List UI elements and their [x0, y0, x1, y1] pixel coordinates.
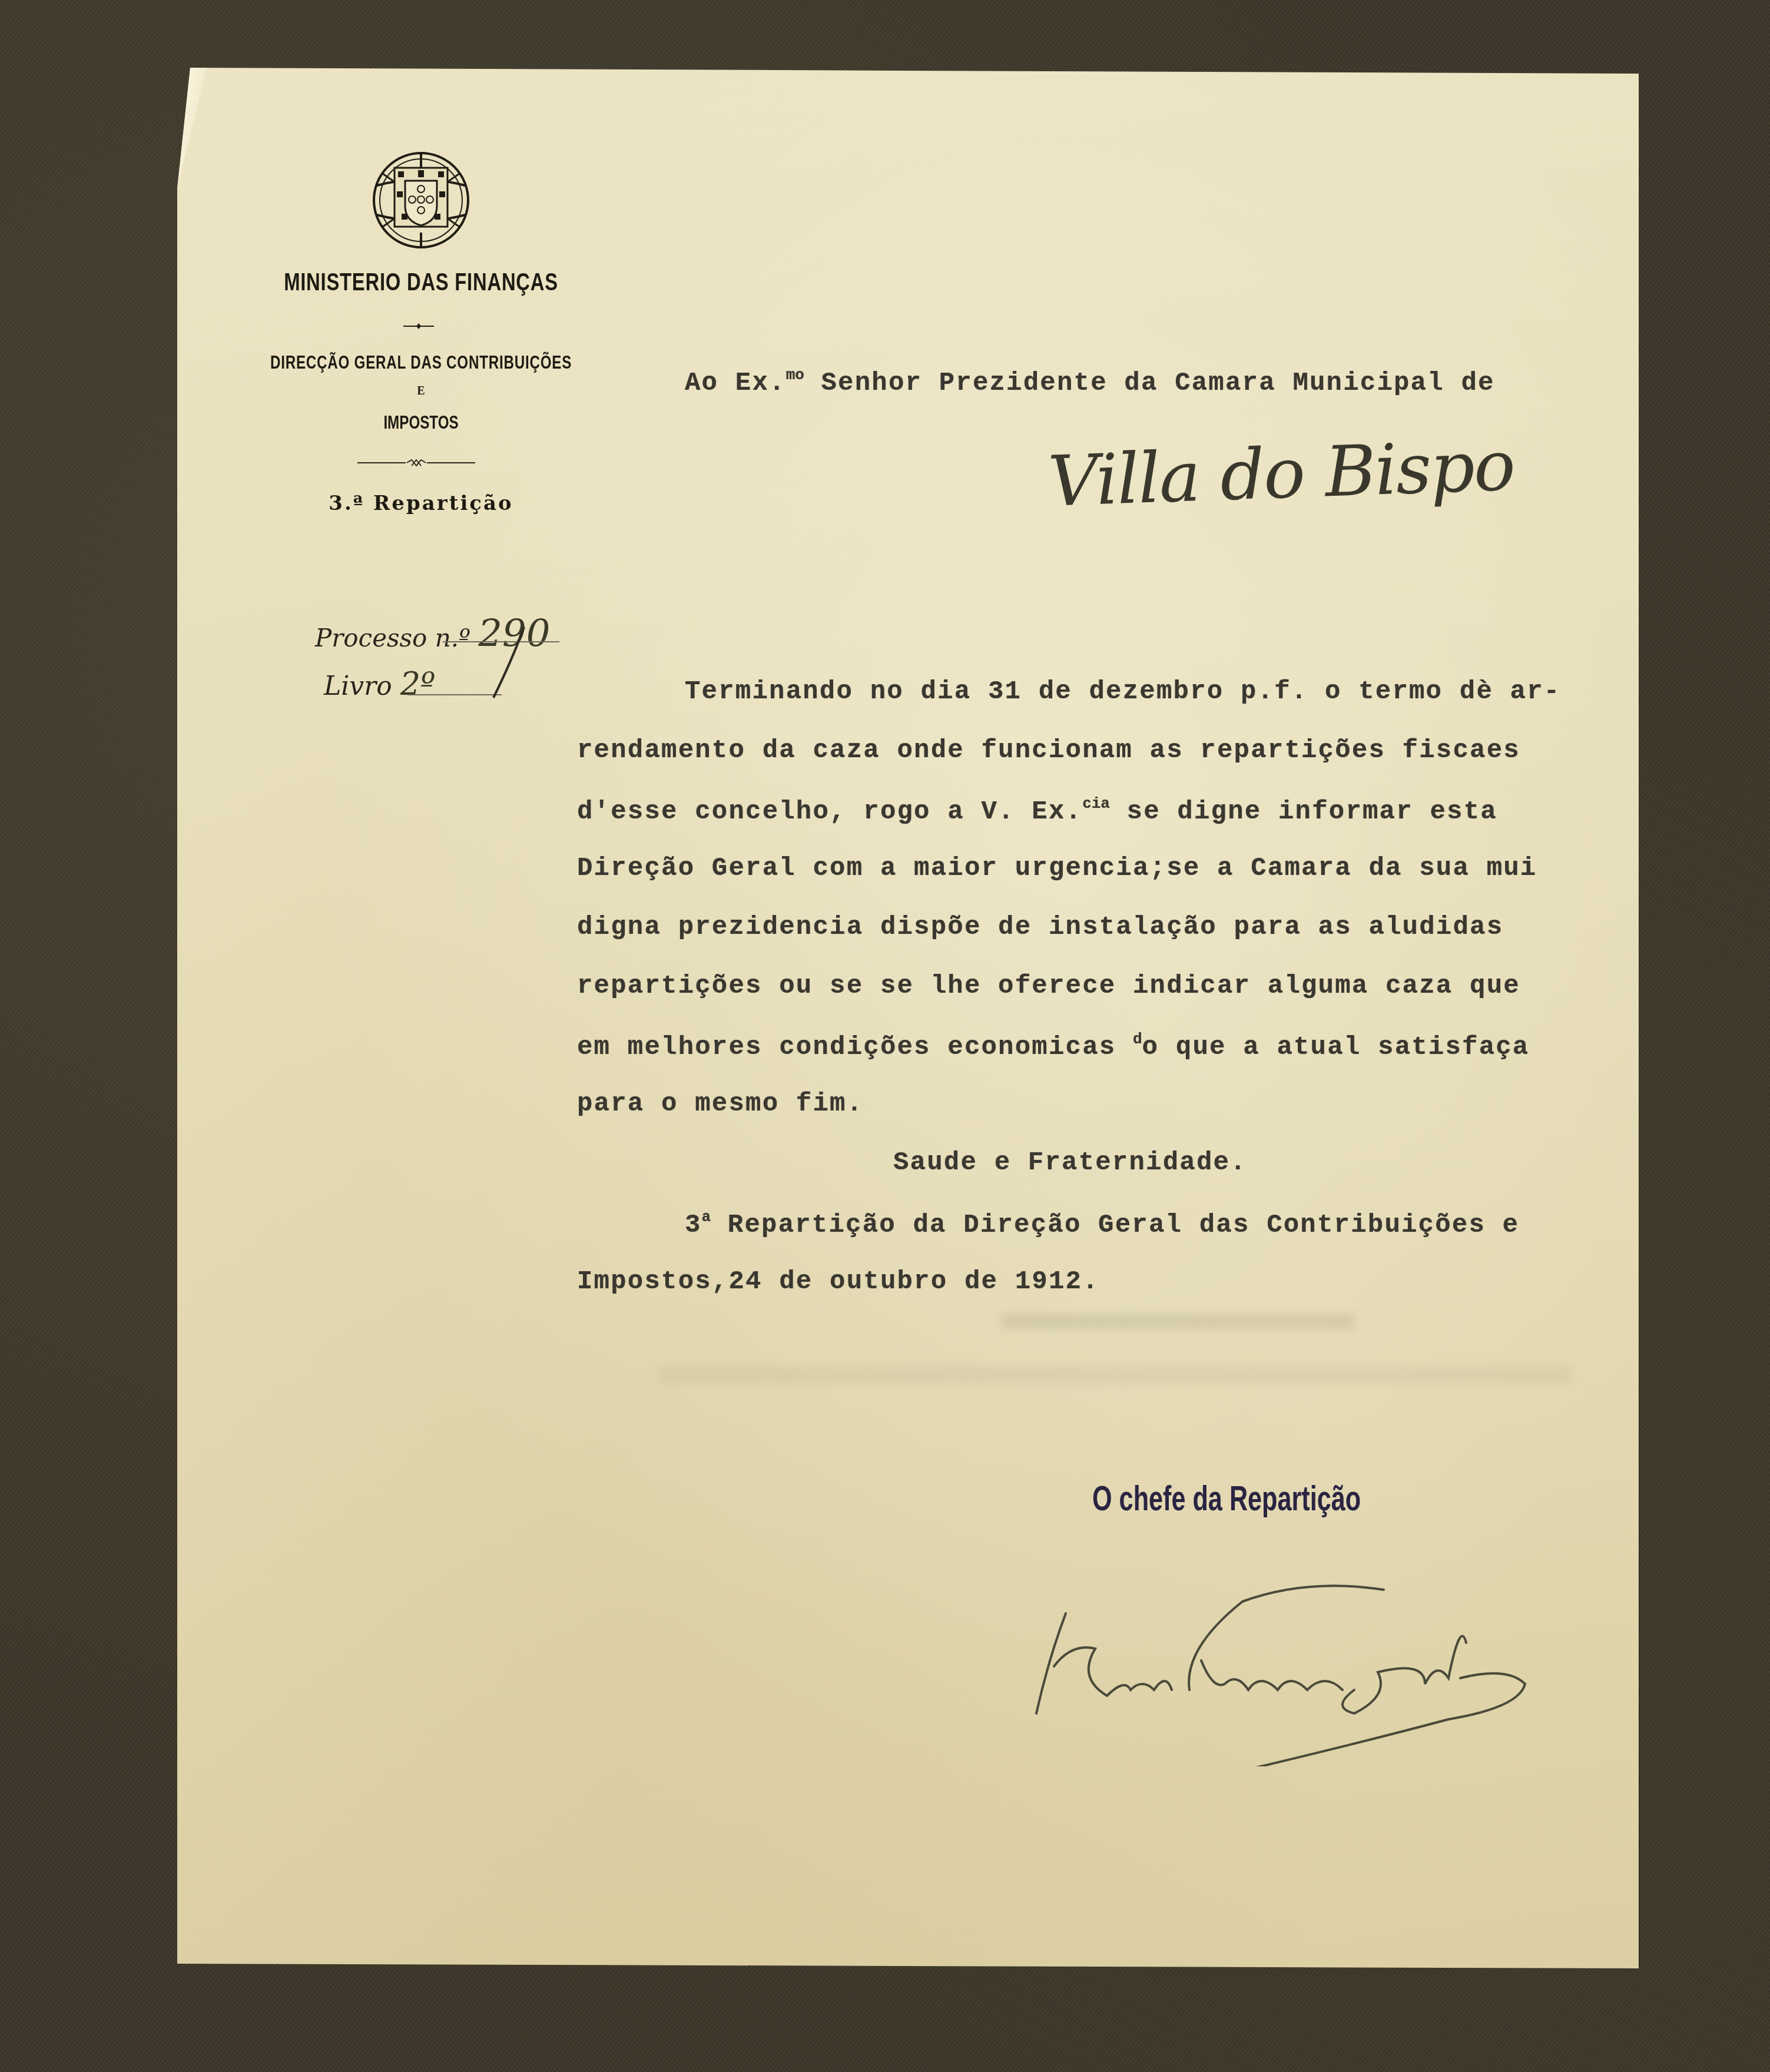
signer-title-stamp: O chefe da Repartição — [1092, 1478, 1361, 1519]
body-line: rendamento da caza onde funcionam as rep… — [577, 736, 1520, 765]
body-line: para o mesmo fim. — [577, 1089, 863, 1119]
ministry-heading: MINISTERIO DAS FINANÇAS — [267, 268, 575, 296]
book-number-value: 2º — [400, 665, 436, 702]
handwritten-town-name: Villa do Bispo — [1047, 425, 1516, 522]
body-line: Direção Geral com a maior urgencia;se a … — [577, 854, 1537, 883]
conjunction-text: E — [224, 384, 618, 398]
handwritten-signature-icon — [977, 1543, 1578, 1766]
body-line: repartições ou se se lhe oferece indicar… — [577, 972, 1520, 1001]
ornament-divider-icon — [403, 323, 434, 329]
department-heading: 3.ª Repartição — [224, 492, 618, 515]
closing-greeting: Saude e Fraternidade. — [893, 1148, 1247, 1178]
recipient-address: Ao Ex.mo Senhor Prezidente da Camara Mun… — [685, 366, 1495, 398]
coat-of-arms-icon — [371, 150, 471, 250]
ornament-divider-icon — [357, 459, 475, 467]
body-line: d'esse concelho, rogo a V. Ex.cia se dig… — [577, 795, 1497, 827]
book-number-field: Livro 2º — [324, 665, 435, 702]
offset-ghost-text — [659, 1366, 1572, 1384]
book-label: Livro — [324, 671, 392, 701]
direction-heading: DIRECÇÃO GERAL DAS CONTRIBUIÇÕES — [267, 352, 575, 373]
body-line: Terminando no dia 31 de dezembro p.f. o … — [685, 677, 1560, 707]
closing-place-line: 3a Repartição da Direção Geral das Contr… — [685, 1208, 1519, 1240]
process-label: Processo n.º — [315, 624, 470, 652]
pen-slash-mark-icon — [483, 624, 530, 701]
closing-date-line: Impostos,24 de outubro de 1912. — [577, 1267, 1099, 1297]
body-line: digna prezidencia dispõe de instalação p… — [577, 913, 1503, 942]
taxes-heading: IMPOSTOS — [267, 412, 575, 433]
offset-ghost-text — [1001, 1313, 1354, 1330]
body-line: em melhores condições economicas do que … — [577, 1030, 1529, 1062]
